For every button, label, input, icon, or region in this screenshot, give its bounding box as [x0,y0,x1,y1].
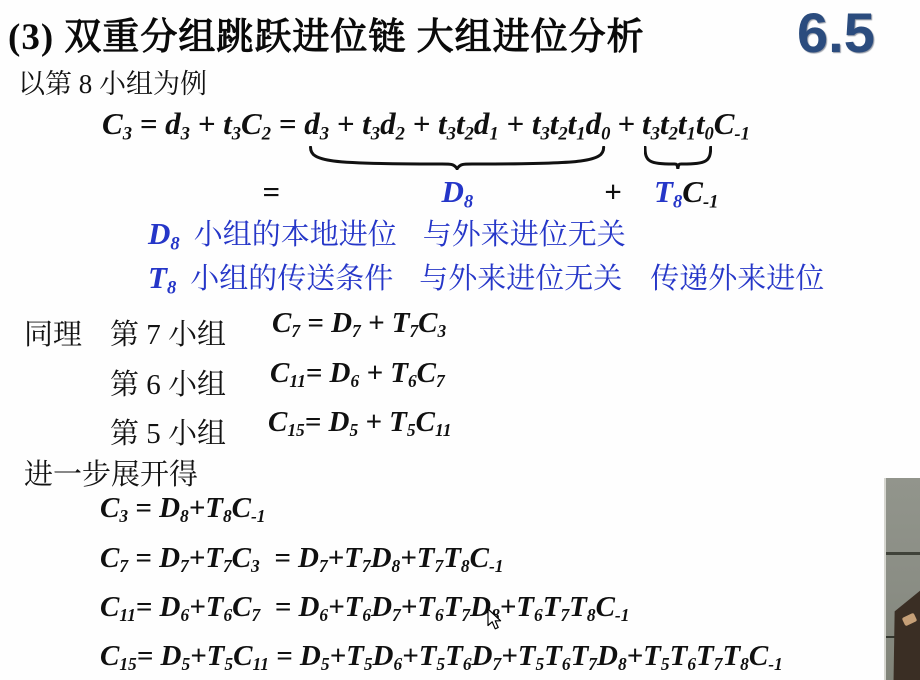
carry-in-term: C-1 [714,106,750,141]
t8-symbol: T8 [148,260,176,295]
transmit-symbol: T8 [654,174,682,209]
transmit-group: t3t2t1t0+T8C-1 [642,106,714,142]
annotation-d8: D8小组的本地进位与外来进位无关 [148,212,626,253]
d8-note: 与外来进位无关 [423,219,626,251]
carry-in-term: C-1 [682,174,718,209]
local-group-terms: d3 + t3d2 + t3t2d1 + t3t2t1d0 [304,106,610,141]
equation-prefix: C3 = d3 + t3C2 = [102,106,304,141]
local-carry-group: d3 + t3d2 + t3t2d1 + t3t2t1d0=D8 [304,106,610,142]
expansion-line-c11: C11= D6+T6C7 = D6+T6D7+T6T7D8+T6T7T8C-1 [100,591,629,624]
underbrace-icon [644,146,712,170]
plus-sign: + [617,106,635,141]
group-label-7: 第 7 小组 [110,312,226,353]
expansion-line-c3: C3 = D8+T8C-1 [100,492,266,525]
d8-desc: 小组的本地进位 [194,219,397,251]
transmit-term: T8C-1 [654,174,718,210]
expansion-label: 进一步展开得 [24,452,198,493]
wall-seam-line [886,552,920,555]
desk-edge-shape [886,478,920,680]
local-carry-symbol: D8 [441,174,473,210]
mouse-cursor-icon [487,608,504,631]
group-label-6: 第 6 小组 [110,362,226,403]
t8-desc: 小组的传送条件 [190,263,393,295]
page-title: (3) 双重分组跳跃进位链 大组进位分析 [8,6,645,60]
d8-symbol: D8 [148,216,180,251]
equals-sign: = [262,174,280,210]
lecture-slide: (3) 双重分组跳跃进位链 大组进位分析 6.5 以第 8 小组为例 C3 = … [0,0,920,680]
expansion-line-c15: C15= D5+T5C11 = D5+T5D6+T5T6D7+T5T6T7D8+… [100,640,783,673]
similarly-label: 同理 [24,312,82,353]
annotation-t8: T8小组的传送条件与外来进位无关传递外来进位 [148,256,824,297]
section-number: 6.5 [797,0,875,65]
plus-sign: + [604,174,622,210]
group-label-5: 第 5 小组 [110,411,226,452]
group-formula-5: C15= D5 + T5C11 [268,406,451,439]
group-formula-7: C7 = D7 + T7C3 [272,307,446,340]
group-formula-6: C11= D6 + T6C7 [270,357,445,390]
t8-extra-note: 传递外来进位 [650,263,824,295]
transmit-group-terms: t3t2t1t0 [642,106,714,141]
underbrace-icon [306,146,608,170]
subtitle-example: 以第 8 小组为例 [18,62,207,101]
webcam-overlay [884,478,920,680]
expansion-line-c7: C7 = D7+T7C3 = D7+T7D8+T7T8C-1 [100,542,503,575]
carry-equation: C3 = d3 + t3C2 = d3 + t3d2 + t3t2d1 + t3… [102,106,750,142]
t8-note: 与外来进位无关 [419,263,622,295]
